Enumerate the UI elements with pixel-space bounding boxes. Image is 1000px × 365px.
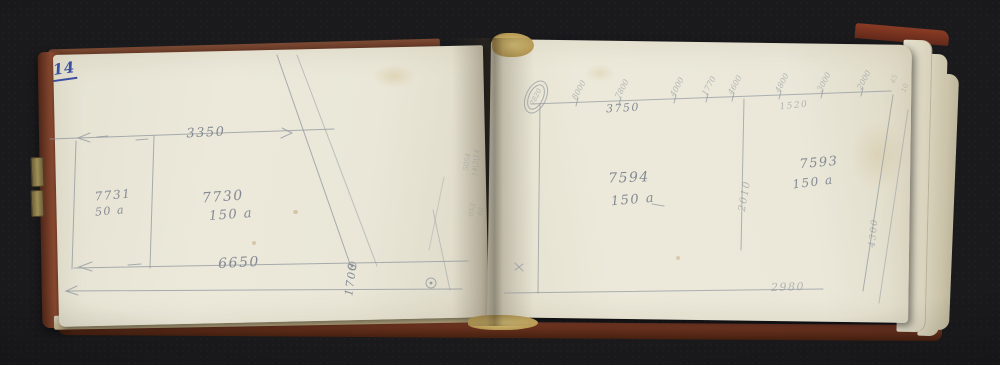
folio-number: 14 <box>51 58 78 82</box>
left-bottom-dimension: 6650 <box>218 254 260 272</box>
left-top-dimension: 3350 <box>186 124 226 141</box>
parcel-area-7730: 150 a <box>208 206 253 224</box>
photo-stage: 14 3350 7731 50 a 7730 150 a 6650 1700 7… <box>0 0 1000 365</box>
right-plot-lines <box>491 77 908 303</box>
parcel-number-7594: 7594 <box>608 169 650 186</box>
pencil-drawing-layer <box>0 0 1000 365</box>
parcel-area-7731: 50 a <box>94 203 125 219</box>
right-below-top-dimension: 3750 <box>606 101 641 116</box>
parcel-number-7730: 7730 <box>202 188 245 207</box>
right-bottom-dimension: 2980 <box>771 280 805 294</box>
